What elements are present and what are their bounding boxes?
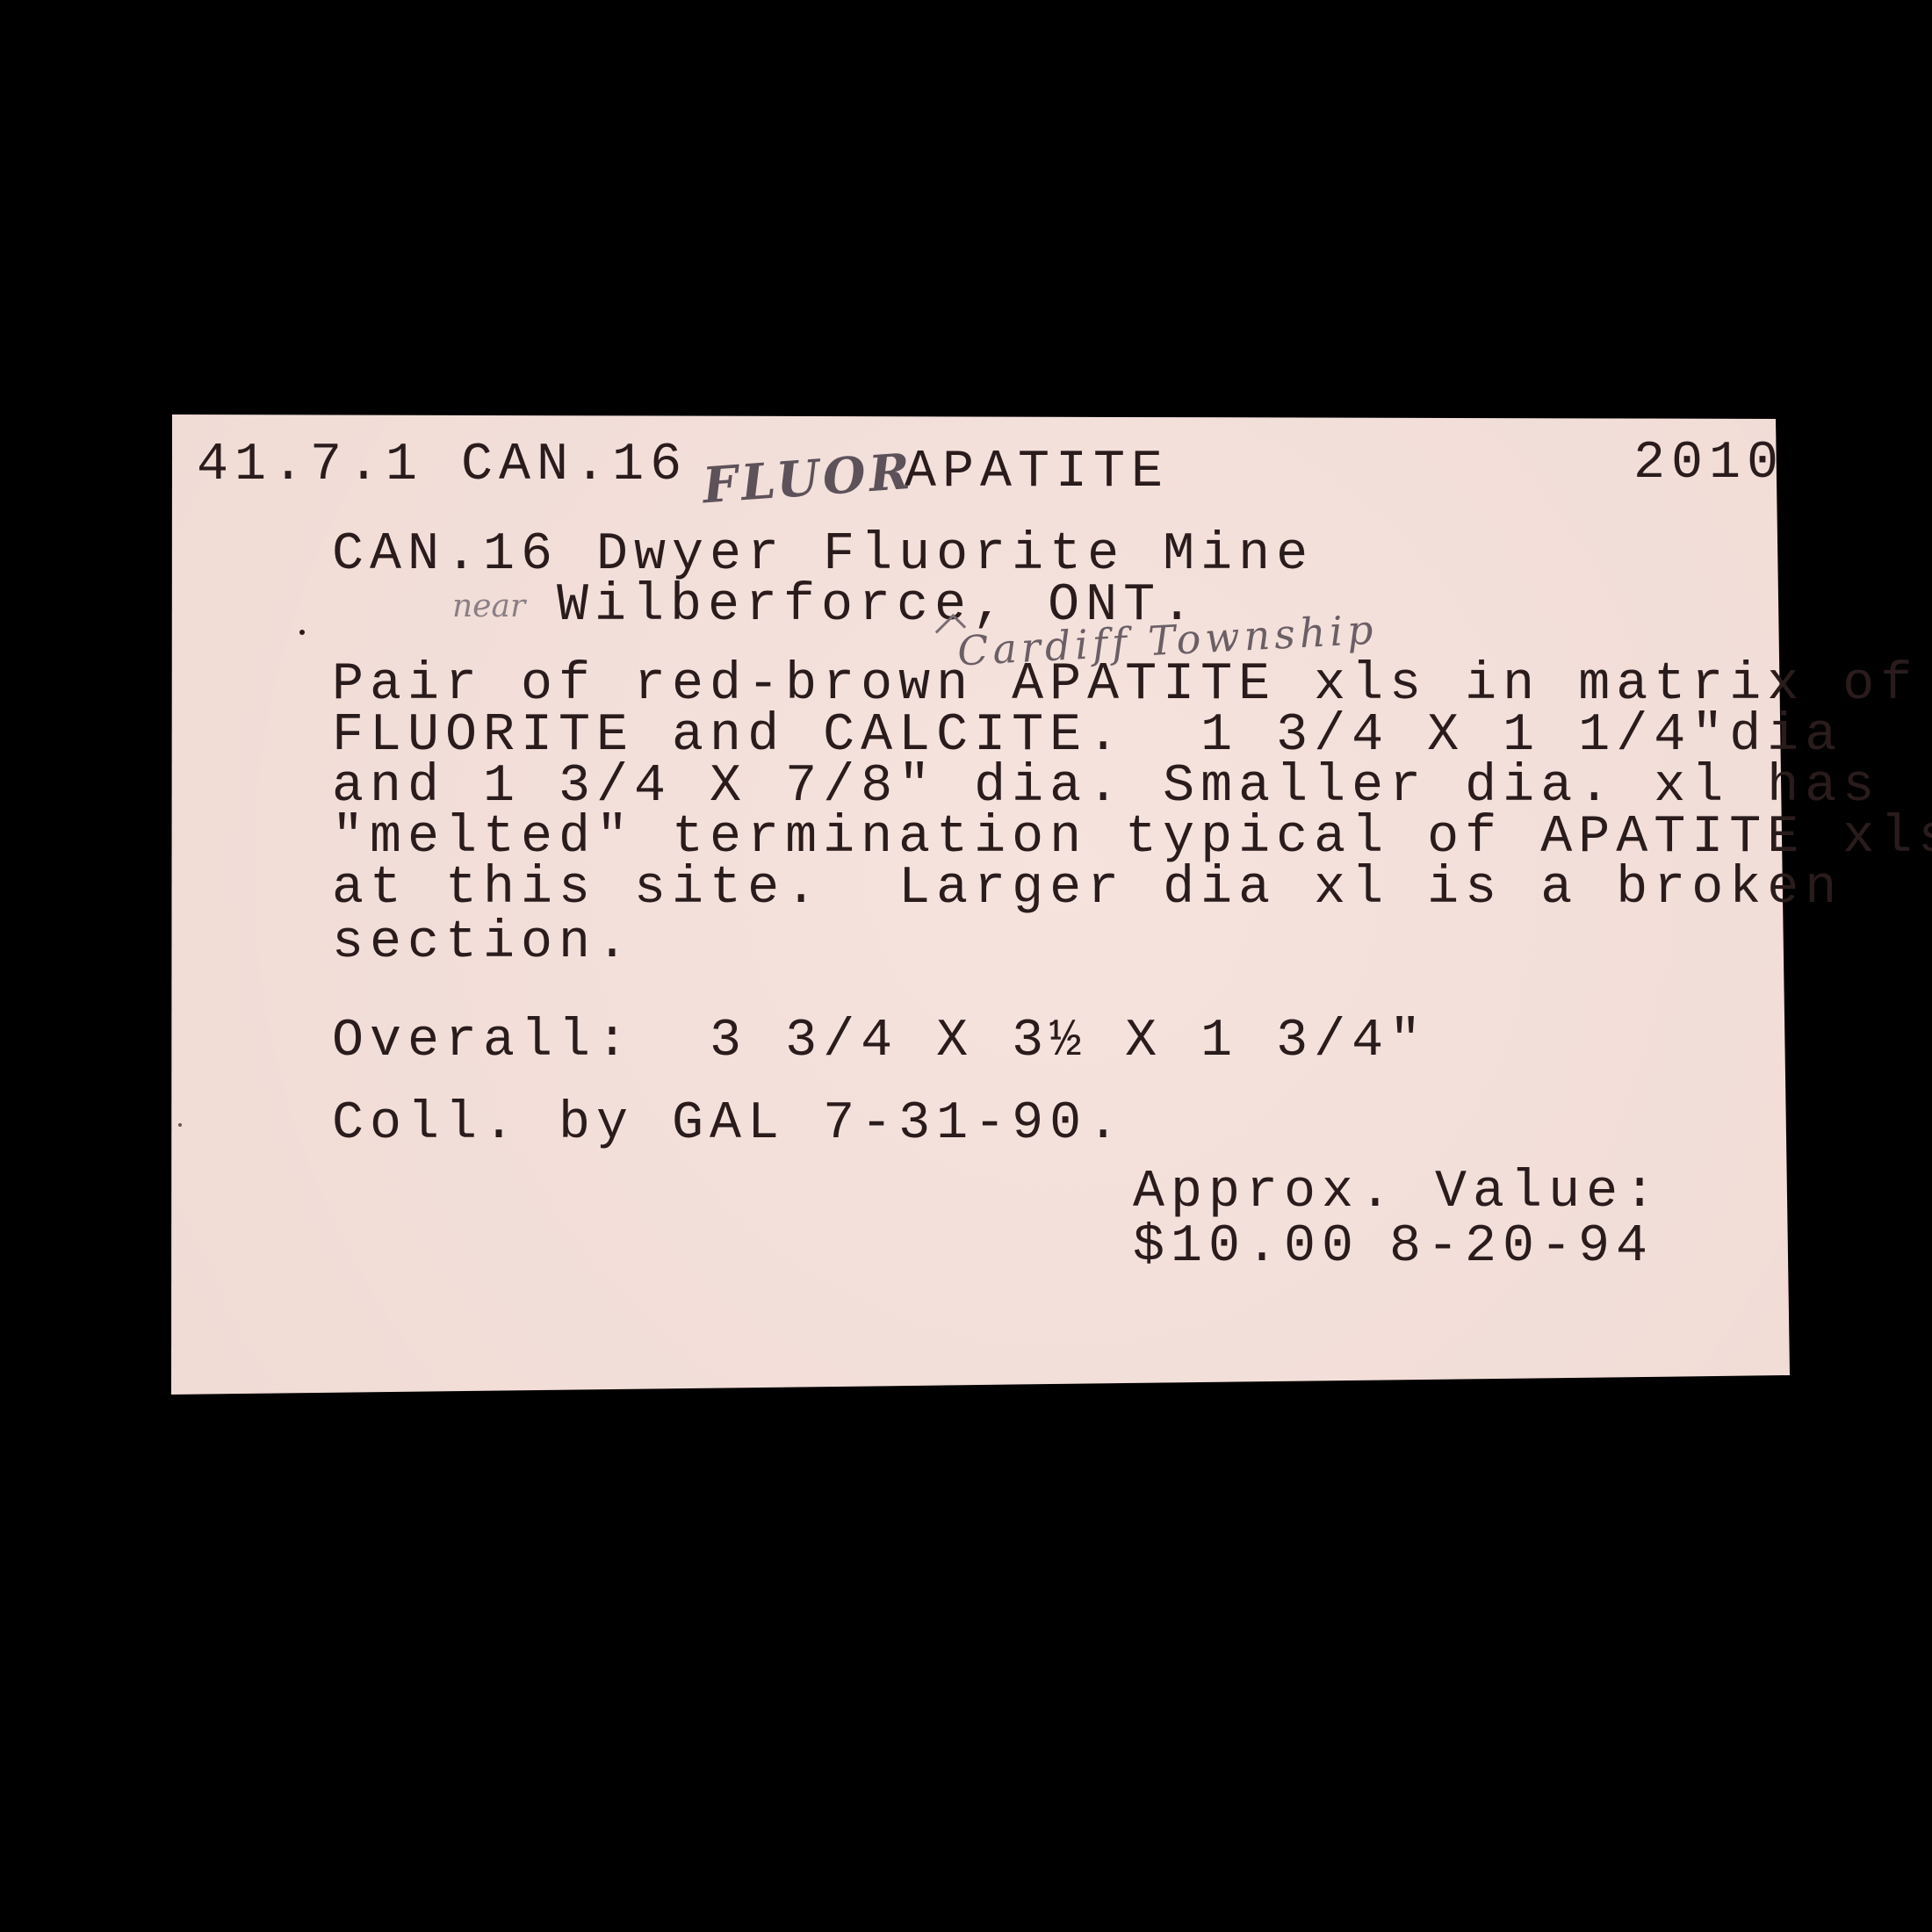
description-line: "melted" termination typical of APATITE … [332, 811, 1932, 864]
description-line: section. [332, 917, 634, 970]
approx-value-amount: $10.00 [1133, 1221, 1359, 1273]
specimen-label-card [0, 0, 1932, 1932]
collected-by: Coll. by GAL 7-31-90. [332, 1098, 1125, 1150]
approx-value-label: Approx. Value: [1133, 1166, 1662, 1219]
description-line: Pair of red-brown APATITE xls in matrix … [332, 659, 1918, 711]
species-name: APATITE [905, 446, 1169, 499]
overall-dimensions: Overall: 3 3/4 X 3½ X 1 3/4" [332, 1015, 1427, 1068]
catalog-number: 41.7.1 CAN.16 [197, 439, 688, 492]
year: 2010 [1633, 437, 1784, 490]
approx-value-date: 8-20-94 [1389, 1221, 1654, 1273]
handwritten-near: near [452, 588, 525, 624]
description-line: FLUORITE and CALCITE. 1 3/4 X 1 1/4"dia [332, 710, 1842, 762]
ink-speck [178, 1123, 182, 1127]
ink-speck [299, 630, 305, 635]
locality-line-1: CAN.16 Dwyer Fluorite Mine [332, 529, 1314, 581]
description-line: at this site. Larger dia xl is a broken [332, 862, 1842, 915]
description-line: and 1 3/4 X 7/8" dia. Smaller dia. xl ha… [332, 761, 1880, 813]
